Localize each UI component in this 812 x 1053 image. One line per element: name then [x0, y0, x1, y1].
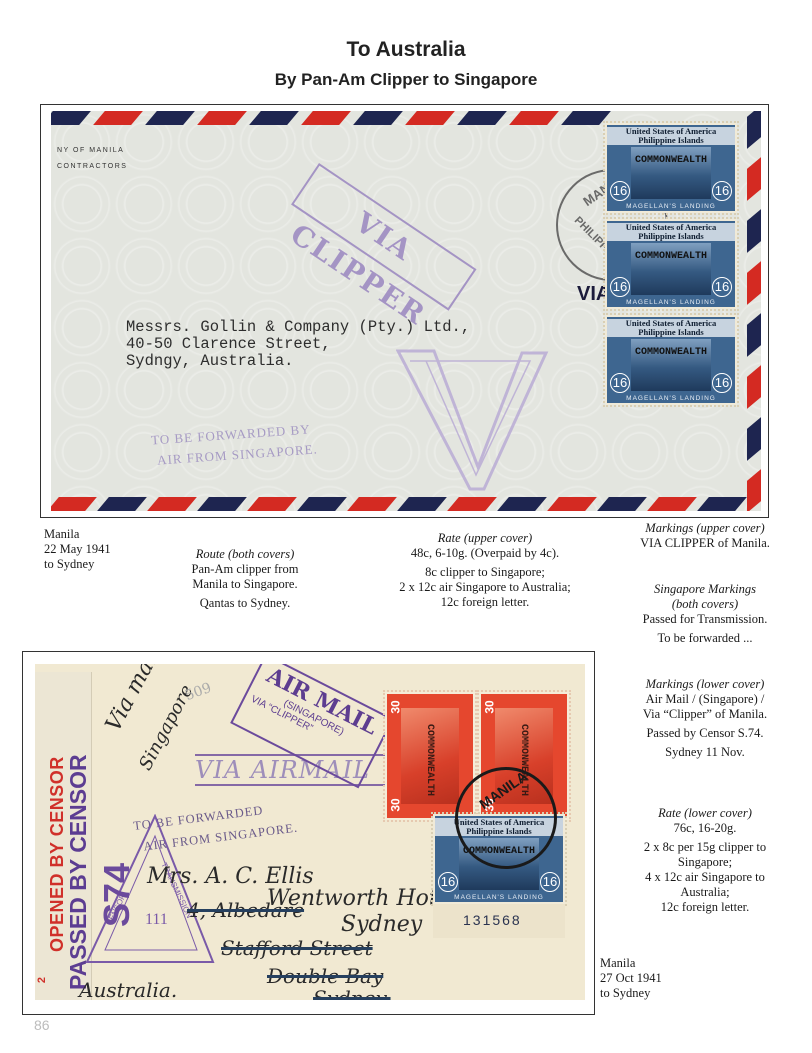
- address-struck-line-2: Stafford Street: [221, 936, 373, 960]
- stamp-16c-commonwealth: United States of America Philippine Isla…: [605, 123, 737, 213]
- lower-cover-frame: OPENED BY CENSOR PASSED BY CENSOR 2 Via …: [22, 651, 595, 1015]
- airmail-stripe: [747, 261, 761, 305]
- airmail-stripe: [447, 497, 497, 511]
- via-clipper-handstamp: VIA CLIPPER: [291, 163, 476, 311]
- airmail-stripe: [145, 111, 195, 125]
- airmail-stripe: [747, 417, 761, 461]
- corner-card-line-2: CONTRACTORS: [57, 163, 127, 170]
- airmail-stripe: [509, 111, 559, 125]
- airmail-stripe: [747, 313, 761, 357]
- upper-cover-frame: NY OF MANILA CONTRACTORS VIA CLIPPER Mes…: [40, 104, 769, 518]
- address-country: Australia.: [79, 978, 177, 1000]
- pencil-note: 509: [183, 680, 214, 704]
- page-subtitle: By Pan-Am Clipper to Singapore: [0, 70, 812, 90]
- airmail-stripe: [51, 111, 91, 125]
- lower-origin-caption: Manila 27 Oct 1941 to Sydney: [600, 956, 662, 1001]
- censor-label-strip: OPENED BY CENSOR PASSED BY CENSOR 2: [35, 672, 92, 1000]
- airmail-stripe: [51, 497, 97, 511]
- stamp-16c-commonwealth: United States of America Philippine Isla…: [605, 315, 737, 405]
- corner-card-line-1: NY OF MANILA: [57, 147, 124, 154]
- stamp-16c-commonwealth: United States of America Philippine Isla…: [605, 219, 737, 309]
- sheet-number: 131568: [463, 912, 522, 928]
- airmail-stripe: [747, 111, 761, 149]
- airmail-stripe: [697, 497, 747, 511]
- triangle-number: 111: [145, 911, 168, 928]
- markings-upper-caption: Markings (upper cover) VIA CLIPPER of Ma…: [612, 521, 798, 551]
- airmail-stripe: [497, 497, 547, 511]
- airmail-stripe: [457, 111, 507, 125]
- airmail-stripe: [397, 497, 447, 511]
- airmail-stripe: [353, 111, 403, 125]
- route-caption: Route (both covers) Pan-Am clipper from …: [160, 547, 330, 611]
- airmail-stripe: [301, 111, 351, 125]
- address-struck-line-4: Sydney.: [313, 986, 391, 1000]
- censor-strip-number: 2: [36, 977, 48, 983]
- airmail-stripe: [347, 497, 397, 511]
- airmail-stripe: [747, 365, 761, 409]
- airmail-stripe: [93, 111, 143, 125]
- airmail-stripe: [747, 209, 761, 253]
- airmail-stripe: [197, 497, 247, 511]
- manila-postmark: MANILA: [455, 767, 557, 869]
- lower-envelope: OPENED BY CENSOR PASSED BY CENSOR 2 Via …: [35, 664, 585, 1000]
- rate-upper-caption: Rate (upper cover) 48c, 6-10g. (Overpaid…: [360, 531, 610, 610]
- airmail-stripe: [297, 497, 347, 511]
- upper-origin-caption: Manila 22 May 1941 to Sydney: [44, 527, 111, 572]
- page-number: 86: [34, 1017, 50, 1033]
- airmail-stripe: [147, 497, 197, 511]
- upper-envelope: NY OF MANILA CONTRACTORS VIA CLIPPER Mes…: [51, 111, 761, 511]
- airmail-stripe: [97, 497, 147, 511]
- airmail-stripe: [249, 111, 299, 125]
- address-struck-line-3: Double Bay: [267, 964, 383, 988]
- rate-lower-caption: Rate (lower cover) 76c, 16-20g. 2 x 8c p…: [612, 806, 798, 915]
- passed-for-transmission-v-mark: [396, 347, 556, 492]
- airmail-stripe: [247, 497, 297, 511]
- airmail-stripe: [597, 497, 647, 511]
- address-struck-line-1: 4, Albedare: [187, 898, 304, 922]
- markings-lower-caption: Markings (lower cover) Air Mail / (Singa…: [612, 677, 798, 760]
- censor-number-s74: S74: [96, 863, 138, 927]
- airmail-stripe: [405, 111, 455, 125]
- singapore-markings-caption: Singapore Markings (both covers) Passed …: [612, 582, 798, 646]
- airmail-border-bottom: [51, 495, 761, 511]
- address-new-line-2: Sydney: [341, 912, 422, 937]
- upper-stamp-strip: United States of America Philippine Isla…: [599, 119, 741, 411]
- airmail-border-right: [743, 111, 761, 511]
- airmail-stripe: [747, 157, 761, 201]
- airmail-stripe: [197, 111, 247, 125]
- airmail-stripe: [647, 497, 697, 511]
- airmail-stripe: [547, 497, 597, 511]
- airmail-stripe: [747, 469, 761, 511]
- page-title: To Australia: [0, 38, 812, 62]
